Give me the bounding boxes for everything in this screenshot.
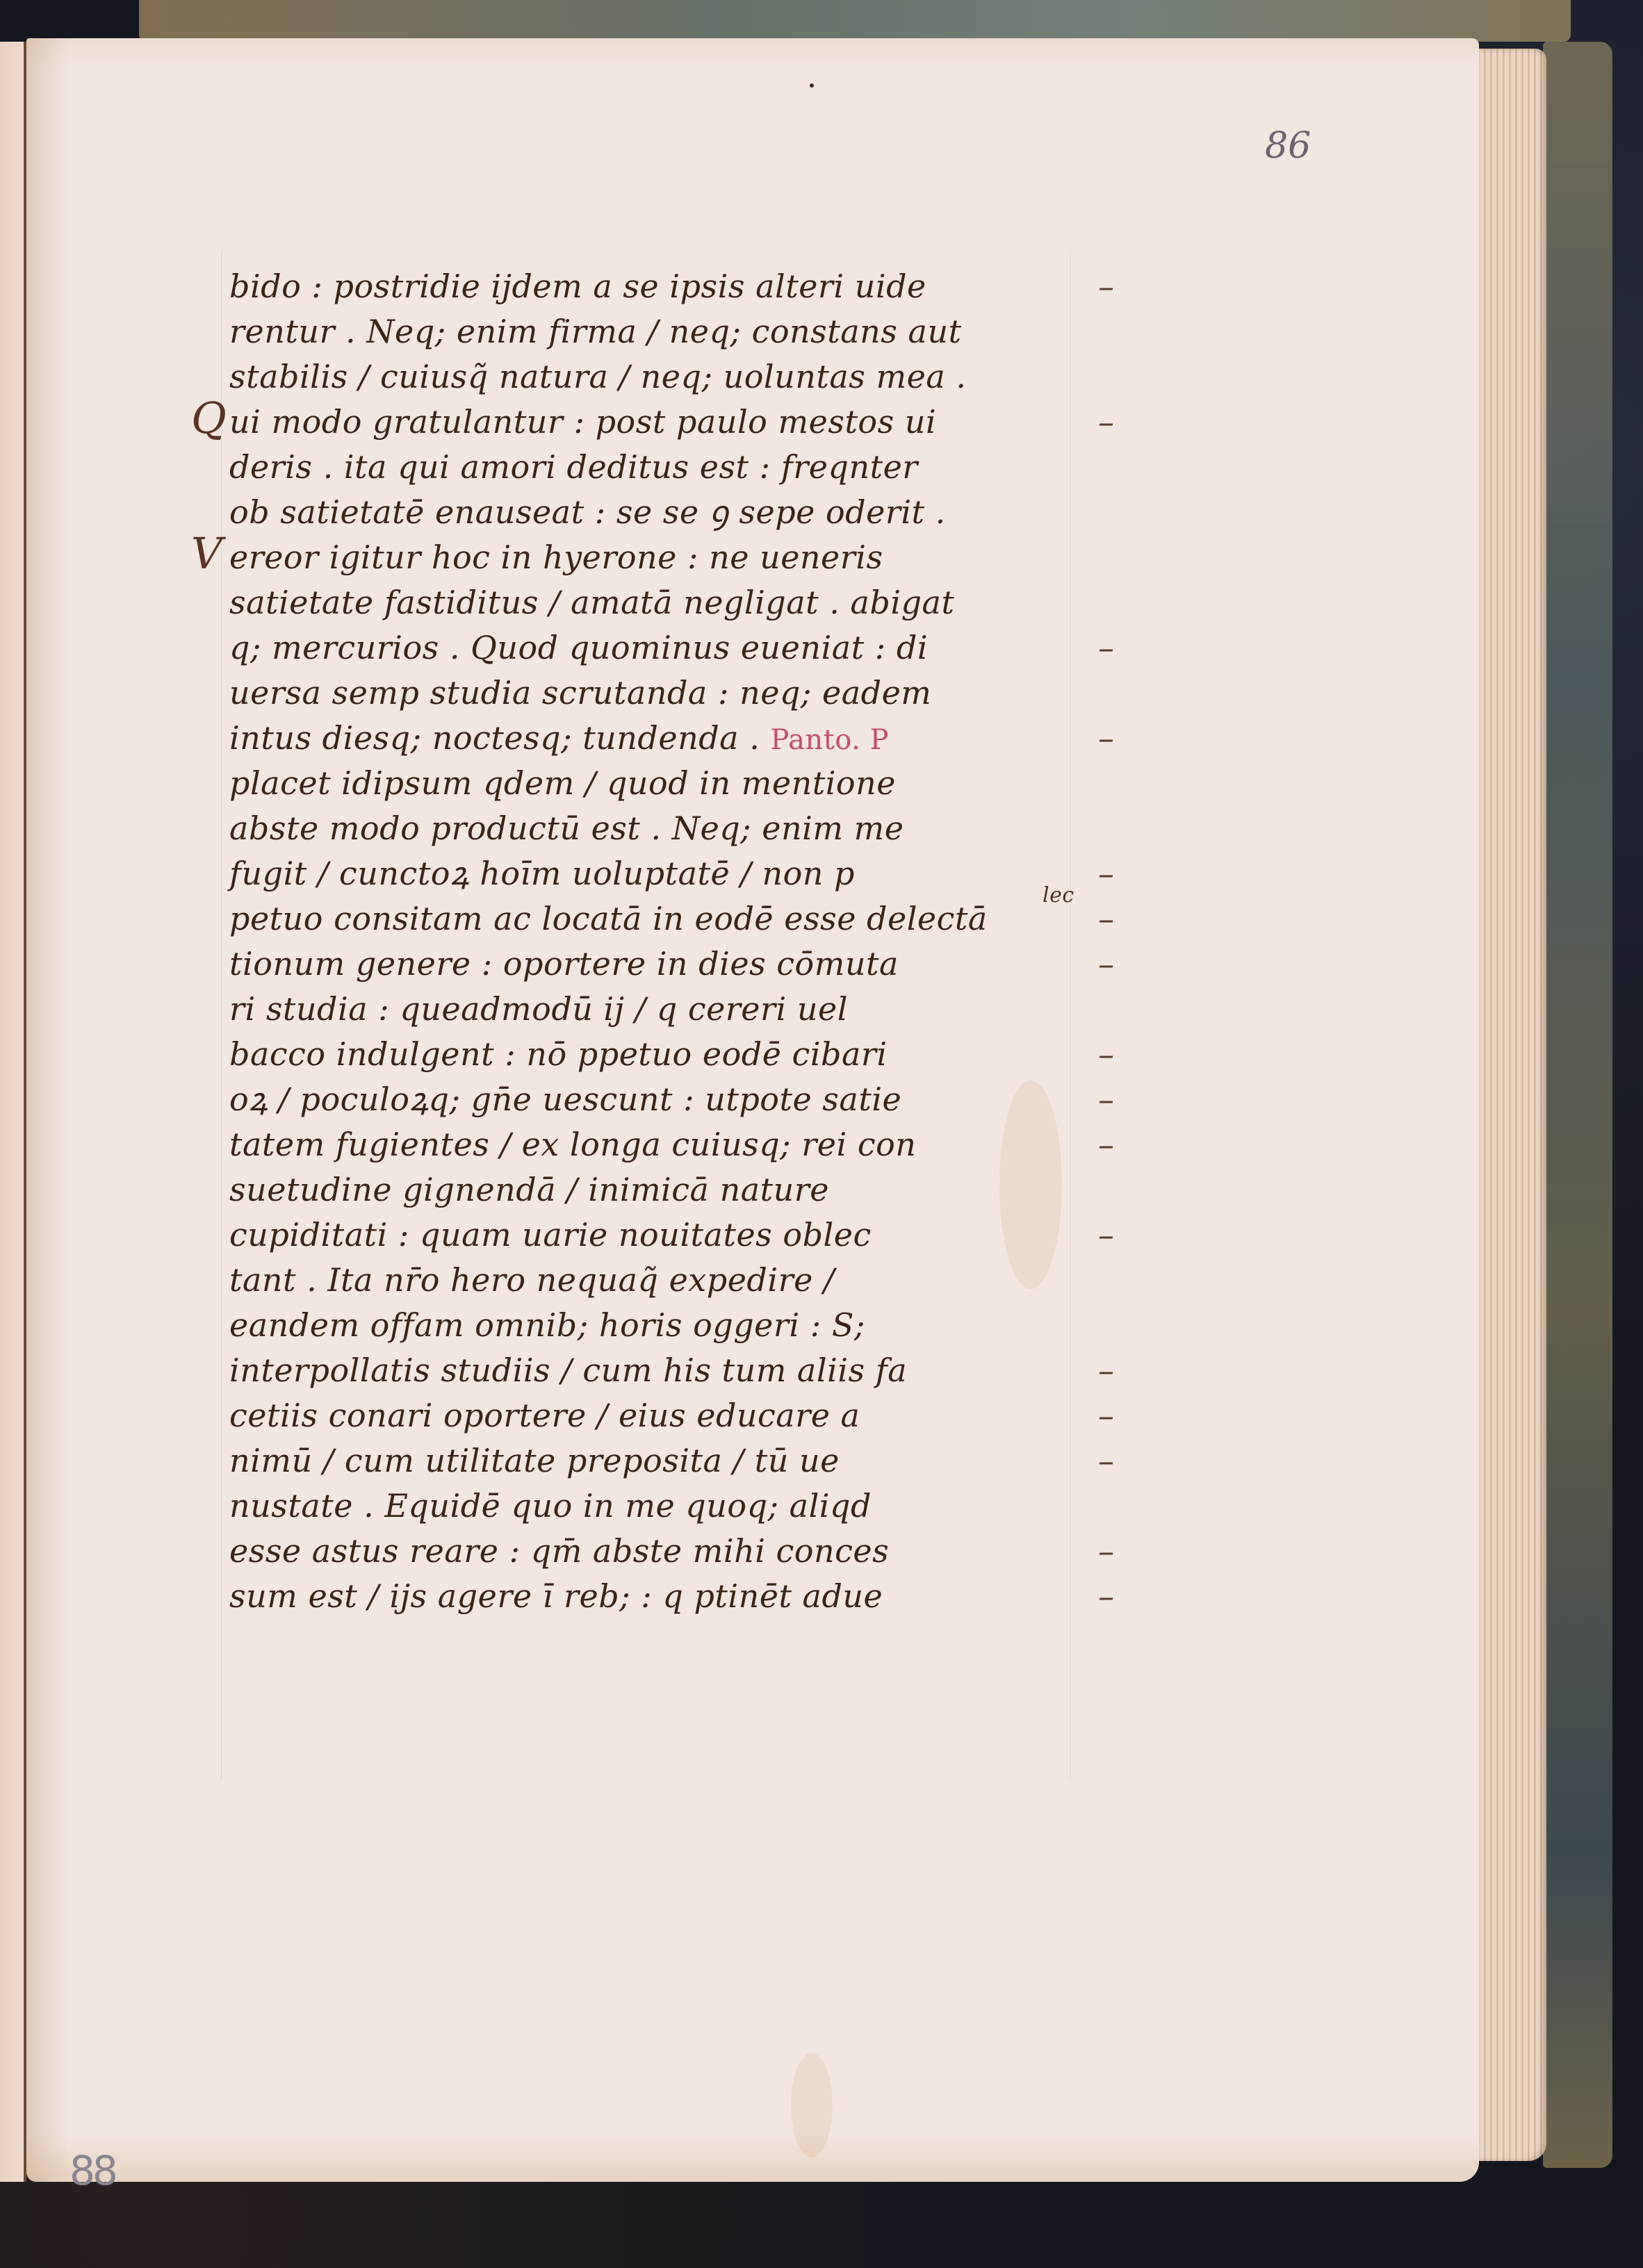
line-text: tionum genere : oportere in dies cōmuta: [229, 945, 899, 983]
text-line: ri studia : queadmodū ij / q cereri uel: [229, 987, 1168, 1032]
line-text: ri studia : queadmodū ij / q cereri uel: [229, 990, 848, 1028]
facing-page-edge: [0, 42, 26, 2182]
line-text: suetudine gignendā / inimicā nature: [229, 1171, 829, 1208]
line-text: uersa semp studia scrutanda : neq; eadem: [229, 674, 931, 712]
text-line: rentur . Neq; enim firma / neq; constans…: [229, 309, 1168, 354]
text-line: ob satietatē enauseat : se se ꝯ sepe ode…: [229, 490, 1168, 535]
text-line: sum est / ijs agere ī reb; : q ptinēt ad…: [229, 1574, 1168, 1619]
ink-dot: [810, 83, 814, 88]
binding-cover-top: [139, 0, 1571, 42]
line-text: satietate fastiditus / amatā negligat . …: [229, 584, 954, 621]
line-text: stabilis / cuiusq̃ natura / neq; uolunta…: [229, 358, 967, 395]
text-line: placet idipsum qdem / quod in mentione: [229, 761, 1168, 806]
line-text: placet idipsum qdem / quod in mentione: [229, 764, 896, 802]
text-line: satietate fastiditus / amatā negligat . …: [229, 580, 1168, 625]
text-line: deris . ita qui amori deditus est : freq…: [229, 445, 1168, 490]
text-line: interpollatis studiis / cum his tum alii…: [229, 1348, 1168, 1393]
line-text: ui modo gratulantur : post paulo mestos …: [229, 403, 936, 441]
line-text: nimū / cum utilitate preposita / tū ue: [229, 1442, 840, 1479]
line-text: rentur . Neq; enim firma / neq; constans…: [229, 313, 962, 350]
text-line: nimū / cum utilitate preposita / tū ue–: [229, 1438, 1168, 1484]
line-text: tatem fugientes / ex longa cuiusq; rei c…: [229, 1126, 916, 1163]
line-end-hyphen: –: [1098, 400, 1115, 445]
line-end-hyphen: –: [1098, 1529, 1115, 1574]
line-end-hyphen: –: [1098, 896, 1115, 942]
line-text: deris . ita qui amori deditus est : freq…: [229, 448, 918, 486]
line-end-hyphen: –: [1098, 851, 1115, 896]
text-line: cupiditati : quam uarie nouitates oblec–: [229, 1213, 1168, 1258]
folio-number: 86: [1265, 125, 1311, 167]
text-line: stabilis / cuiusq̃ natura / neq; uolunta…: [229, 354, 1168, 400]
text-line: Qui modo gratulantur : post paulo mestos…: [229, 400, 1168, 445]
shelf-number: 88: [70, 2147, 115, 2194]
line-text: intus diesq; noctesq; tundenda .: [229, 719, 760, 757]
line-end-hyphen: –: [1098, 1393, 1115, 1438]
line-end-hyphen: –: [1098, 1213, 1115, 1258]
rubric-speaker-marker: Panto. P: [770, 724, 889, 756]
text-line: abste modo productū est . Neq; enim me: [229, 806, 1168, 851]
decorated-initial: Q: [191, 395, 227, 441]
text-line: oꝝ / poculoꝝq; gn̄e uescunt : utpote sat…: [229, 1077, 1168, 1122]
line-text: eandem offam omnib; horis oggeri : S;: [229, 1306, 865, 1344]
text-line: intus diesq; noctesq; tundenda . Panto. …: [229, 716, 1168, 761]
line-text: sum est / ijs agere ī reb; : q ptinēt ad…: [229, 1577, 883, 1615]
line-text: bacco indulgent : nō ppetuo eodē cibari: [229, 1035, 888, 1073]
text-line: bido : postridie ijdem a se ipsis alteri…: [229, 264, 1168, 309]
page-fore-edge: [1473, 49, 1546, 2161]
line-text: interpollatis studiis / cum his tum alii…: [229, 1351, 907, 1389]
line-end-hyphen: –: [1098, 1077, 1115, 1122]
line-text: bido : postridie ijdem a se ipsis alteri…: [229, 268, 926, 305]
line-text: cupiditati : quam uarie nouitates oblec: [229, 1216, 872, 1254]
interlinear-correction: lec: [1043, 873, 1074, 918]
line-text: nustate . Equidē quo in me quoq; aliqd: [229, 1487, 872, 1525]
text-line: suetudine gignendā / inimicā nature: [229, 1167, 1168, 1213]
line-end-hyphen: –: [1098, 1438, 1115, 1484]
line-end-hyphen: –: [1098, 1122, 1115, 1167]
ruling-line-left: [221, 250, 222, 1779]
line-text: petuo consitam ac locatā in eodē esse de…: [229, 900, 988, 937]
line-end-hyphen: –: [1098, 264, 1115, 309]
line-end-hyphen: –: [1098, 625, 1115, 671]
line-text: cetiis conari oportere / eius educare a: [229, 1397, 860, 1434]
line-text: fugit / cunctoꝝ hoīm uoluptatē / non p: [229, 855, 855, 892]
line-text: ob satietatē enauseat : se se ꝯ sepe ode…: [229, 493, 946, 531]
text-line: fugit / cunctoꝝ hoīm uoluptatē / non p–: [229, 851, 1168, 896]
line-text: oꝝ / poculoꝝq; gn̄e uescunt : utpote sat…: [229, 1080, 901, 1118]
text-block: bido : postridie ijdem a se ipsis alteri…: [229, 264, 1168, 1619]
line-text: ereor igitur hoc in hyerone : ne ueneris: [229, 539, 883, 576]
line-text: tant . Ita nr̄o hero nequaq̃ expedire /: [229, 1261, 835, 1299]
text-line: q; mercurios . Quod quominus eueniat : d…: [229, 625, 1168, 671]
line-end-hyphen: –: [1098, 1032, 1115, 1077]
binding-cover-right: [1543, 42, 1612, 2168]
text-line: petuo consitam ac locatā in eodē esse de…: [229, 896, 1168, 942]
line-end-hyphen: –: [1098, 1348, 1115, 1393]
text-line: cetiis conari oportere / eius educare a–: [229, 1393, 1168, 1438]
text-line: Vereor igitur hoc in hyerone : ne ueneri…: [229, 535, 1168, 580]
text-line: nustate . Equidē quo in me quoq; aliqd: [229, 1484, 1168, 1529]
text-line: uersa semp studia scrutanda : neq; eadem: [229, 671, 1168, 716]
text-line: eandem offam omnib; horis oggeri : S;: [229, 1303, 1168, 1348]
text-line: bacco indulgent : nō ppetuo eodē cibari–: [229, 1032, 1168, 1077]
text-line: tant . Ita nr̄o hero nequaq̃ expedire /: [229, 1258, 1168, 1303]
line-end-hyphen: –: [1098, 942, 1115, 987]
stain: [791, 2053, 833, 2158]
line-end-hyphen: –: [1098, 1574, 1115, 1619]
decorated-initial: V: [191, 531, 222, 576]
line-end-hyphen: –: [1098, 716, 1115, 761]
line-text: esse astus reare : qm̄ abste mihi conces: [229, 1532, 889, 1570]
line-text: q; mercurios . Quod quominus eueniat : d…: [229, 629, 928, 666]
text-line: tionum genere : oportere in dies cōmuta–: [229, 942, 1168, 987]
text-line: esse astus reare : qm̄ abste mihi conces…: [229, 1529, 1168, 1574]
text-line: tatem fugientes / ex longa cuiusq; rei c…: [229, 1122, 1168, 1167]
line-text: abste modo productū est . Neq; enim me: [229, 810, 904, 847]
